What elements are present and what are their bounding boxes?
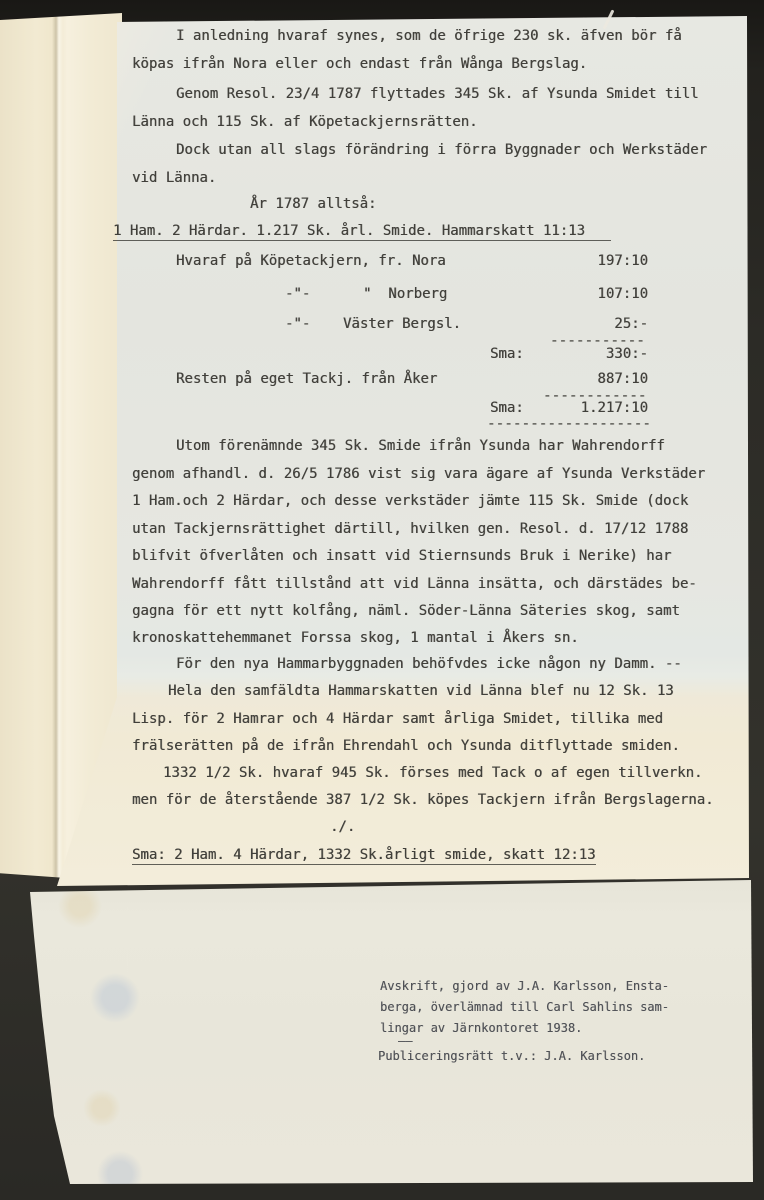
typed-sheet: [55, 14, 752, 890]
document-photo: I anledning hvaraf synes, som de öfrige …: [0, 0, 764, 1200]
backing-sheet: [20, 876, 753, 1186]
